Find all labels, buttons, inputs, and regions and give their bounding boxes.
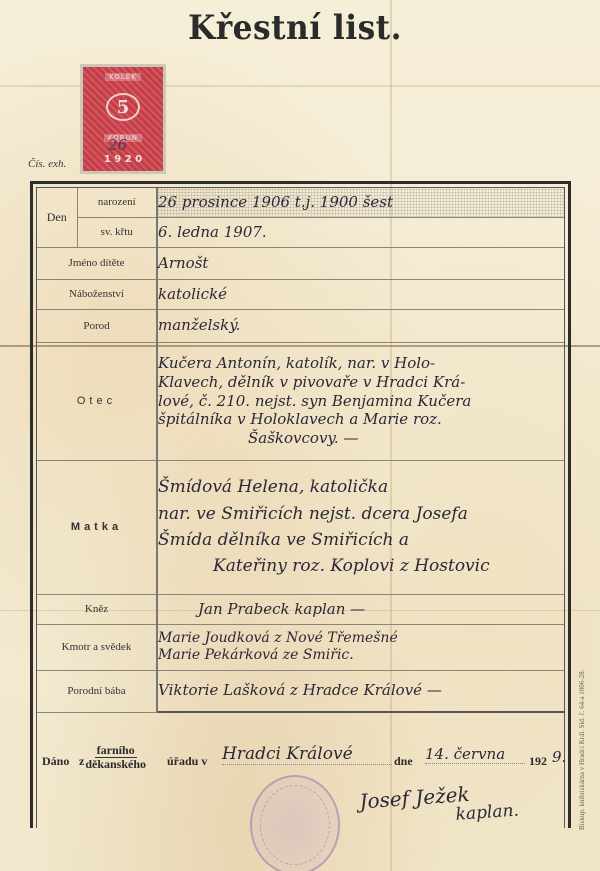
issuance-date: 14. června xyxy=(425,745,525,764)
stamp-value: 5 xyxy=(106,93,140,121)
issuance-place: Hradci Králové xyxy=(222,744,392,765)
den-label: Den xyxy=(37,188,77,247)
row-label-kmotr: Kmotr a svědek xyxy=(37,624,157,670)
value-porod: manželský. xyxy=(157,309,564,342)
otec-line: Klavech, dělník v pivovaře v Hradci Krá- xyxy=(158,373,564,392)
table-row: Porod manželský. xyxy=(37,309,564,342)
matka-line: Šmída dělníka ve Smiřicích a xyxy=(158,527,564,553)
value-sv-krtu: 6. ledna 1907. xyxy=(157,217,564,247)
table-row: Kněz Jan Prabeck kaplan — xyxy=(37,594,564,624)
table-row: Kmotr a svědek Marie Joudková z Nové Tře… xyxy=(37,624,564,670)
printer-imprint: Biskup. knihtiskárna v Hradci Král. Skl.… xyxy=(578,570,586,830)
office-type: z farního děkanského xyxy=(79,744,146,771)
value-kmotr: Marie Joudková z Nové Třemešné Marie Pek… xyxy=(157,624,564,670)
office-type-dekanskeho: děkanského xyxy=(85,758,146,771)
year-prefix: 192 xyxy=(529,754,547,769)
exhibit-number-label: Čís. exh. xyxy=(28,158,66,170)
office-type-farniho: farního xyxy=(95,744,137,758)
table-row: Otec Kučera Antonín, katolík, nar. v Hol… xyxy=(37,342,564,460)
year-digit: 9. xyxy=(552,748,566,766)
dano-label: Dáno xyxy=(42,754,69,769)
row-label-porod: Porod xyxy=(37,309,157,342)
row-label-knez: Kněz xyxy=(37,594,157,624)
revenue-stamp: KOLEK 5 KORUN 1 9 2 0 26 xyxy=(80,64,166,174)
row-label-matka: Matka xyxy=(37,460,157,594)
table-row: sv. křtu 6. ledna 1907. xyxy=(37,217,564,247)
value-nabozenstvi: katolické xyxy=(157,279,564,309)
value-narozeni: 26 prosince 1906 t.j. 1900 šest xyxy=(157,188,564,217)
register-frame: Den narození 26 prosince 1906 t.j. 1900 … xyxy=(30,181,571,828)
document-title: Křestní list. xyxy=(24,8,567,48)
row-label-narozeni: narození xyxy=(77,188,157,217)
kmotr-line: Marie Pekárková ze Smiřic. xyxy=(158,647,564,665)
seal-inner-ring xyxy=(260,785,330,865)
dne-label: dne xyxy=(394,754,413,769)
table-row: Matka Šmídová Helena, katolička nar. ve … xyxy=(37,460,564,594)
parish-seal xyxy=(250,775,340,871)
uradu-v-label: úřadu v xyxy=(167,754,207,769)
row-label-jmeno-ditete: Jméno dítěte xyxy=(37,247,157,279)
table-row: Náboženství katolické xyxy=(37,279,564,309)
stamp-top-text: KOLEK xyxy=(105,73,141,81)
table-row: Den narození 26 prosince 1906 t.j. 1900 … xyxy=(37,188,564,217)
table-row: Jméno dítěte Arnošt xyxy=(37,247,564,279)
stamp-year: 1 9 2 0 xyxy=(104,154,142,165)
otec-line: špitálníka v Holoklavech a Marie roz. xyxy=(158,410,564,429)
value-matka: Šmídová Helena, katolička nar. ve Smiřic… xyxy=(157,460,564,594)
otec-line: Kučera Antonín, katolík, nar. v Holo- xyxy=(158,354,564,373)
matka-line: Šmídová Helena, katolička xyxy=(158,474,564,500)
table-row: Porodní bába Viktorie Lašková z Hradce K… xyxy=(37,670,564,712)
matka-line: Kateřiny roz. Koplovi z Hostovic xyxy=(158,553,564,579)
matka-line: nar. ve Smiřicích nejst. dcera Josefa xyxy=(158,501,564,527)
value-jmeno-ditete: Arnošt xyxy=(157,247,564,279)
row-label-porodni-baba: Porodní bába xyxy=(37,670,157,712)
row-label-sv-krtu: sv. křtu xyxy=(77,217,157,247)
row-label-otec: Otec xyxy=(37,342,157,460)
stamp-handwritten-number: 26 xyxy=(108,136,127,154)
signature-title: kaplan. xyxy=(455,801,519,824)
value-porodni-baba: Viktorie Lašková z Hradce Králové — xyxy=(157,670,564,712)
value-knez: Jan Prabeck kaplan — xyxy=(157,594,564,624)
otec-line: lové, č. 210. nejst. syn Benjamina Kučer… xyxy=(158,392,564,411)
value-otec: Kučera Antonín, katolík, nar. v Holo- Kl… xyxy=(157,342,564,460)
otec-line: Šaškovcovy. — xyxy=(158,429,564,448)
z-label: z xyxy=(79,754,84,769)
baptism-register-table: Den narození 26 prosince 1906 t.j. 1900 … xyxy=(37,188,564,713)
kmotr-line: Marie Joudková z Nové Třemešné xyxy=(158,630,564,648)
row-label-nabozenstvi: Náboženství xyxy=(37,279,157,309)
